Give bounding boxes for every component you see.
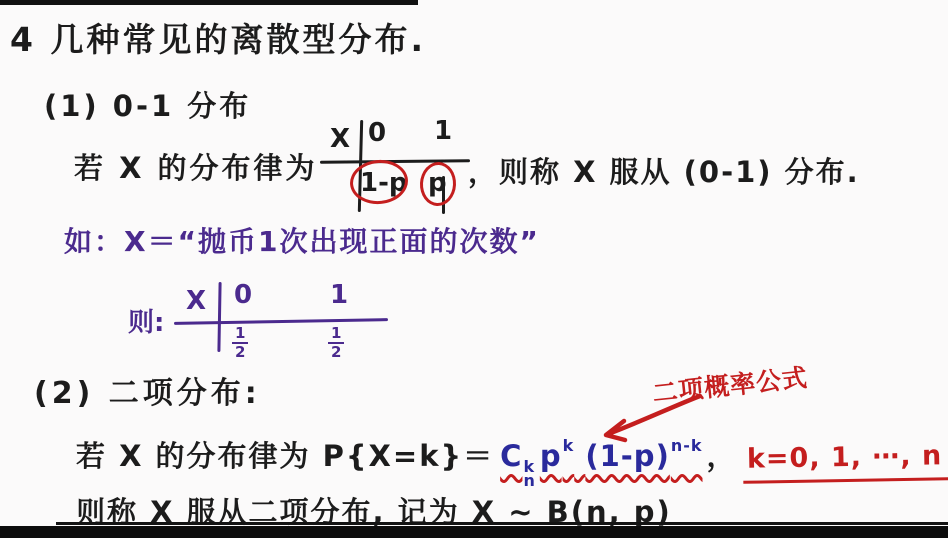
then-label: 则:	[128, 302, 164, 339]
example-line: 如：X＝“抛币1次出现正面的次数”	[64, 220, 540, 260]
fraction-numerator: 1	[328, 326, 344, 342]
p-exponent: k	[563, 436, 575, 455]
section1-intro-text: 若 X 的分布律为	[74, 146, 318, 187]
table-value-0: 0	[234, 280, 252, 310]
binomial-intro-text: 若 X 的分布律为 P{X=k}＝	[76, 439, 494, 473]
p-term: p	[540, 439, 562, 473]
section2-heading: (2) 二项分布:	[34, 368, 261, 412]
fraction-denominator: 2	[328, 342, 344, 360]
table-value-1: 1	[434, 116, 452, 146]
k-range-text: k=0, 1, ⋯, n	[742, 440, 948, 484]
table-variable-label: X	[330, 124, 350, 154]
table-prob-fraction-1: 1 2	[328, 326, 344, 360]
fraction-denominator: 2	[232, 342, 248, 360]
red-circle-annotation-icon	[419, 161, 457, 207]
bottom-horizontal-rule	[56, 522, 948, 525]
combination-scripts: kn	[523, 460, 535, 487]
page-title: 4 几种常见的离散型分布.	[10, 14, 426, 61]
table-variable-label: X	[186, 286, 206, 316]
bottom-black-bar	[0, 526, 948, 538]
distribution-table-01: X 0 1 1-p p	[326, 116, 468, 214]
example-text: X＝“抛币1次出现正面的次数”	[124, 225, 540, 258]
table-horizontal-rule	[174, 318, 388, 325]
handwritten-notes-page: 4 几种常见的离散型分布. (1) 0-1 分布 若 X 的分布律为 X 0 1…	[0, 0, 948, 538]
binomial-formula: Cknpk (1-p)n-k	[500, 439, 702, 473]
table-prob-fraction-0: 1 2	[232, 326, 248, 360]
section1-heading: (1) 0-1 分布	[44, 84, 251, 125]
fraction-numerator: 1	[232, 326, 248, 342]
example-distribution-table: X 0 1 1 2 1 2	[180, 280, 390, 358]
section1-conclusion-text: ，则称 X 服从 (0-1) 分布.	[468, 150, 860, 191]
table-value-0: 0	[368, 118, 386, 148]
paren-term: (1-p)	[585, 439, 669, 473]
table-value-1: 1	[330, 280, 348, 310]
comma: ，	[707, 439, 737, 473]
paren-exponent: n-k	[671, 436, 703, 455]
combination-sub: n	[523, 474, 535, 488]
top-black-strip	[0, 0, 418, 5]
table-vertical-rule	[217, 282, 221, 352]
combination-symbol: C	[500, 439, 522, 473]
example-label: 如：	[64, 225, 124, 258]
binomial-formula-line: 若 X 的分布律为 P{X=k}＝Cknpk (1-p)n-k，k=0, 1, …	[76, 434, 948, 487]
